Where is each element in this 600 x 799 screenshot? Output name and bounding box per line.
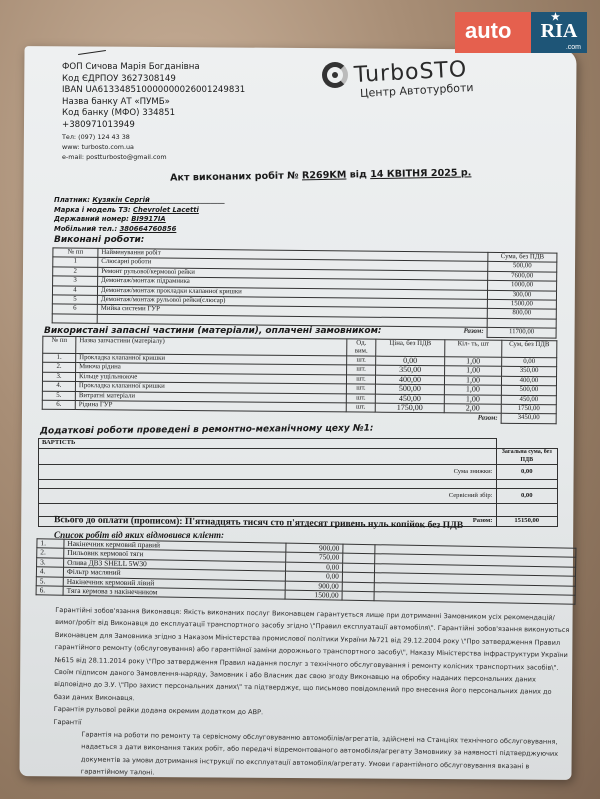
watermark-ria-text: RIA <box>541 20 578 42</box>
seller-edrpou: Код ЄДРПОУ 3627308149 <box>62 74 245 86</box>
client-details: Платник: Кузякін Сергій_________________… <box>54 196 225 234</box>
extra-cost-label: ВАРТІСТЬ <box>39 439 497 449</box>
works-total: 11700,00 <box>487 328 556 338</box>
parts-row-price: 1750,00 <box>375 403 444 413</box>
parts-row-unit: шт. <box>346 394 375 404</box>
seller-email: e-mail: postturbosto@gmail.com <box>62 152 245 162</box>
seller-phone: +380971013949 <box>62 120 245 132</box>
parts-row-number: 4. <box>42 381 75 391</box>
works-row-number: 2 <box>53 267 98 277</box>
act-title-prefix: Акт виконаних робіт № <box>170 170 299 183</box>
parts-row-number: 5. <box>42 391 75 401</box>
refused-table: 1.Накінечник кермовий правий900,002.Пиль… <box>36 538 577 605</box>
refused-row-number: 6. <box>36 586 63 596</box>
act-number: R269KM <box>302 170 347 182</box>
parts-title: Використані запасні частини (матеріали),… <box>44 326 382 336</box>
mobile-value: 380664760856 <box>120 225 177 233</box>
turbo-ring-icon <box>322 62 348 88</box>
parts-header-qty: Кіл- ть, шт <box>445 340 502 357</box>
discount-value: 0,00 <box>496 465 558 480</box>
plate-value: BI9917IA <box>131 215 165 223</box>
parts-row-unit: шт. <box>347 365 376 375</box>
parts-row-unit: шт. <box>346 384 375 394</box>
seller-bank: Назва банку АТ «ПУМБ» <box>62 97 245 109</box>
act-date-prefix: від <box>350 169 367 180</box>
turbosto-logo: TurboSTO Центр Автотурботи <box>322 62 532 102</box>
autoria-watermark: auto ★ RIA .com <box>455 12 587 53</box>
extra-table: ВАРТІСТЬ Загальна сума, без ПДВ Сума зни… <box>38 438 558 527</box>
grand-total-value: 15150,00 <box>496 517 558 526</box>
parts-total: 3450,00 <box>501 414 556 424</box>
parts-header-number: № пп <box>43 336 76 353</box>
parts-header-sum: Сум, без ПДВ <box>502 340 557 357</box>
works-header-number: № пп <box>53 248 98 258</box>
extra-total-header: Загальна сума, без ПДВ <box>496 449 558 465</box>
works-row-number: 3 <box>53 276 98 286</box>
works-table: № пп Найменування робіт Сума, без ПДВ 1С… <box>52 247 558 338</box>
watermark-ria: ★ RIA .com <box>531 12 587 53</box>
warranty-text: Гарантійні зобов'язання Виконавця: Якіст… <box>53 604 571 786</box>
works-title: Виконані роботи: <box>54 235 144 245</box>
service-fee-label: Сервісний збір: <box>39 489 497 504</box>
works-row-number: 1 <box>53 257 98 267</box>
parts-row-unit: шт. <box>346 403 375 413</box>
parts-row-unit: шт. <box>347 356 376 366</box>
parts-row-qty: 2,00 <box>444 404 501 414</box>
warranty-terms-paragraph: Гарантія на роботи по ремонту та сервісн… <box>53 728 569 786</box>
seller-details: ФОП Сичова Марія Богданівна Код ЄДРПОУ 3… <box>62 62 245 162</box>
watermark-com: .com <box>566 44 581 51</box>
parts-row-number: 6. <box>42 400 75 410</box>
parts-row-qty: 1,00 <box>444 385 501 395</box>
seller-iban: IBAN UA613348510000000026001249831 <box>62 85 245 97</box>
parts-row-sum: 350,00 <box>502 367 557 377</box>
refused-row-sum: 1500,00 <box>285 590 342 600</box>
plate-label: Державний номер: <box>54 215 129 223</box>
model-label: Марка і модель ТЗ: <box>54 206 131 214</box>
model-value: Chevrolet Lacetti <box>133 206 199 214</box>
star-icon: ★ <box>551 12 560 23</box>
discount-label: Сума знижки: <box>39 465 497 480</box>
parts-row-sum: 400,00 <box>501 376 556 386</box>
parts-row-price: 500,00 <box>375 384 444 394</box>
parts-row-number: 2. <box>43 363 76 373</box>
seller-tel: Тел: (097) 124 43 38 <box>62 132 245 142</box>
seller-mfo: Код банку (МФО) 334851 <box>62 108 245 120</box>
payer-value: Кузякін Сергій <box>92 196 149 204</box>
works-row-number: 6 <box>52 304 97 314</box>
parts-row-sum: 1750,00 <box>501 404 556 414</box>
act-date: 14 КВІТНЯ 2025 р. <box>370 167 471 180</box>
works-row-number: 5 <box>52 295 97 305</box>
watermark-auto: auto <box>455 12 531 53</box>
parts-header-price: Ціна, без ПДВ <box>376 339 445 357</box>
warranty-paragraph: Гарантійні зобов'язання Виконавця: Якіст… <box>54 604 570 711</box>
service-fee-value: 0,00 <box>496 489 558 504</box>
parts-row-number: 1. <box>43 353 76 363</box>
mobile-label: Мобільний тел.: <box>54 225 117 233</box>
seller-www: www: turbosto.com.ua <box>62 142 245 152</box>
seller-name: ФОП Сичова Марія Богданівна <box>62 62 245 74</box>
works-row-number: 4 <box>52 285 97 295</box>
parts-table: № пп Назва запчастини (матеріалу) Од. ви… <box>42 336 558 424</box>
parts-row-sum: 450,00 <box>501 395 556 405</box>
payer-label: Платник: <box>54 196 90 204</box>
parts-row-sum: 0,00 <box>502 357 557 367</box>
parts-row-unit: шт. <box>346 375 375 385</box>
parts-row-number: 3. <box>42 372 75 382</box>
parts-row-sum: 500,00 <box>501 385 556 395</box>
parts-header-unit: Од. вим. <box>347 339 376 356</box>
